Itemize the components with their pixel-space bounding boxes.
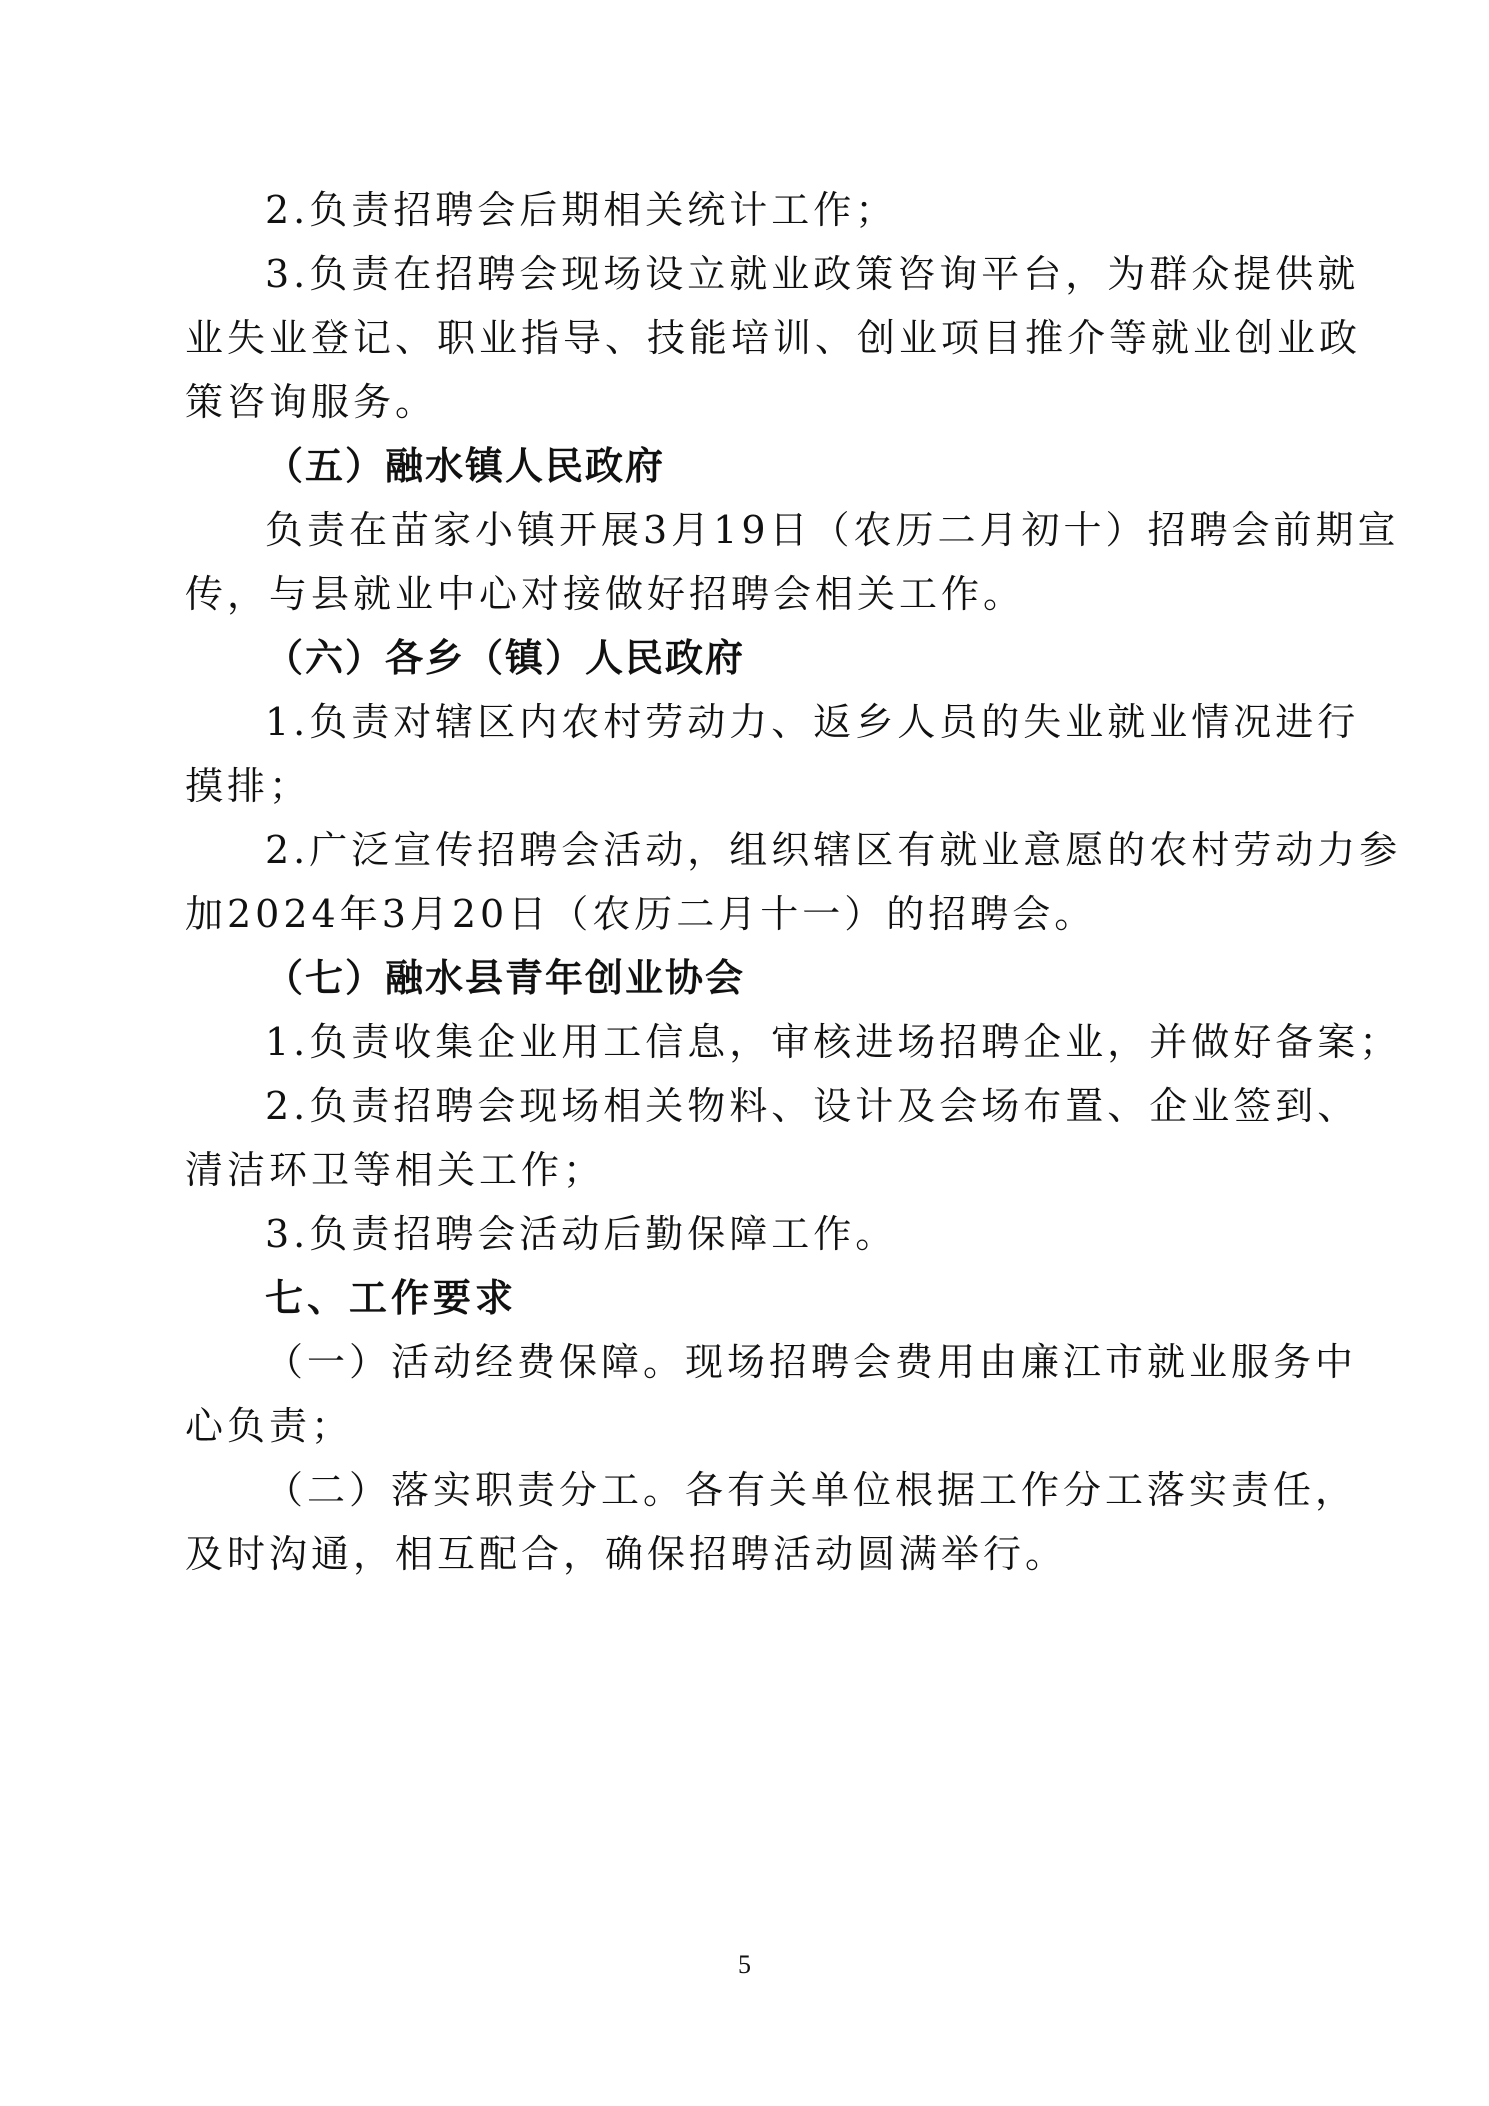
paragraph-line: 1.负责收集企业用工信息，审核进场招聘企业，并做好备案； — [265, 1017, 1315, 1067]
section-heading: 七、工作要求 — [265, 1273, 1395, 1323]
paragraph-line: 及时沟通，相互配合，确保招聘活动圆满举行。 — [185, 1529, 1315, 1579]
subsection-heading: （五）融水镇人民政府 — [265, 441, 1395, 491]
paragraph-line: 心负责； — [185, 1401, 1315, 1451]
paragraph-line: 加2024年3月20日（农历二月十一）的招聘会。 — [185, 889, 1315, 939]
paragraph-line: 传，与县就业中心对接做好招聘会相关工作。 — [185, 569, 1315, 619]
paragraph-line: 2.负责招聘会后期相关统计工作； — [265, 185, 1395, 235]
paragraph-line: 策咨询服务。 — [185, 377, 1315, 427]
paragraph-line: 负责在苗家小镇开展3月19日（农历二月初十）招聘会前期宣 — [265, 505, 1315, 555]
subsection-heading: （七）融水县青年创业协会 — [265, 953, 1395, 1003]
paragraph-line: 2.负责招聘会现场相关物料、设计及会场布置、企业签到、 — [265, 1081, 1315, 1131]
paragraph-line: 1.负责对辖区内农村劳动力、返乡人员的失业就业情况进行 — [265, 697, 1315, 747]
paragraph-line: （一）活动经费保障。现场招聘会费用由廉江市就业服务中 — [265, 1337, 1315, 1387]
page-number: 5 — [0, 1950, 1489, 1980]
document-page: 5 2.负责招聘会后期相关统计工作；3.负责在招聘会现场设立就业政策咨询平台，为… — [0, 0, 1489, 2106]
paragraph-line: 2.广泛宣传招聘会活动，组织辖区有就业意愿的农村劳动力参 — [265, 825, 1315, 875]
paragraph-line: 3.负责招聘会活动后勤保障工作。 — [265, 1209, 1395, 1259]
paragraph-line: 摸排； — [185, 761, 1315, 811]
paragraph-line: 业失业登记、职业指导、技能培训、创业项目推介等就业创业政 — [185, 313, 1315, 363]
paragraph-line: 清洁环卫等相关工作； — [185, 1145, 1315, 1195]
paragraph-line: （二）落实职责分工。各有关单位根据工作分工落实责任， — [265, 1465, 1315, 1515]
subsection-heading: （六）各乡（镇）人民政府 — [265, 633, 1395, 683]
paragraph-line: 3.负责在招聘会现场设立就业政策咨询平台，为群众提供就 — [265, 249, 1315, 299]
